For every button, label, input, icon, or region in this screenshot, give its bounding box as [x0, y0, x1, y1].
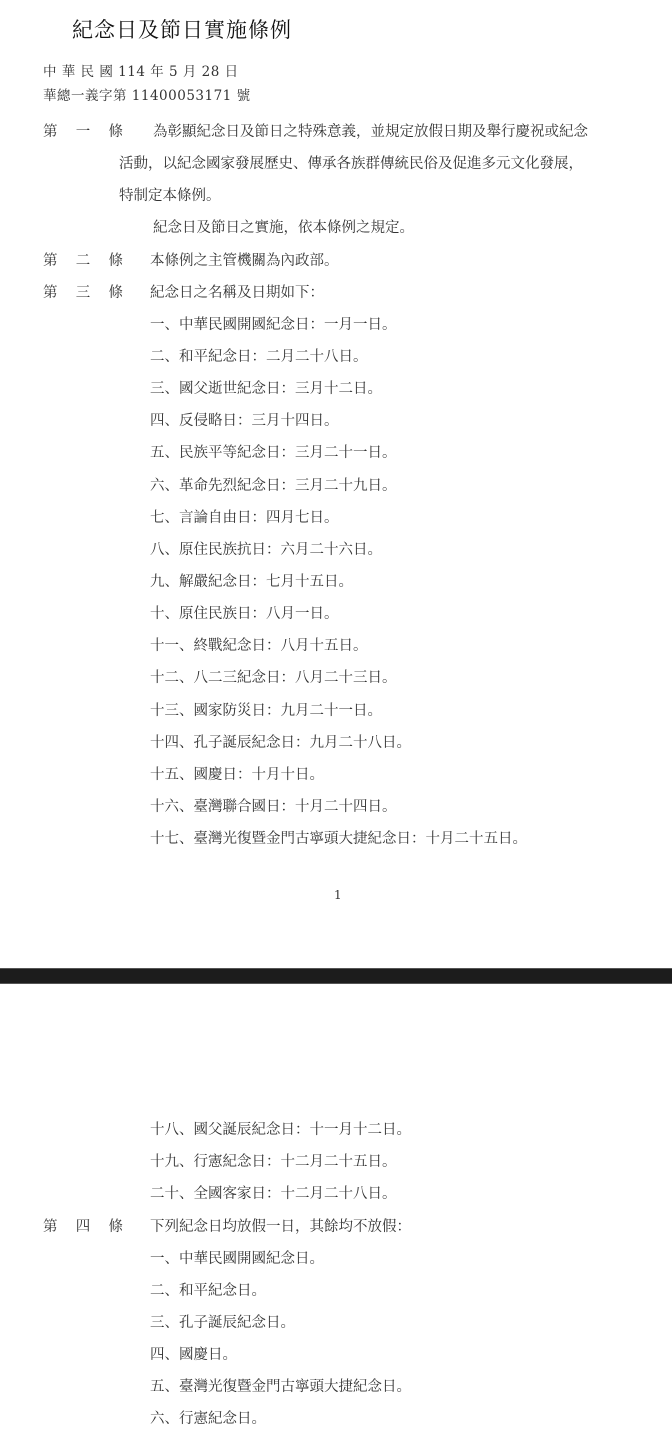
article-4-intro: 下列紀念日均放假一日，其餘均不放假：	[150, 1215, 411, 1236]
list-item: 十三、國家防災日：九月二十一日。	[150, 699, 382, 720]
list-item: 七、言論自由日：四月七日。	[150, 506, 339, 527]
document-title: 紀念日及節日實施條例	[72, 14, 292, 44]
promulgation-date: 中 華 民 國 114 年 5 月 28 日	[43, 60, 239, 80]
list-item: 六、行憲紀念日。	[150, 1407, 266, 1428]
article-2-label: 第 二 條	[43, 249, 123, 270]
article-4-label: 第 四 條	[43, 1215, 123, 1236]
list-item: 二、和平紀念日。	[150, 1279, 266, 1300]
list-item: 三、國父逝世紀念日：三月十二日。	[150, 377, 382, 398]
list-item: 三、孔子誕辰紀念日。	[150, 1311, 295, 1332]
article-label-char: 條	[109, 281, 124, 302]
list-item: 一、中華民國開國紀念日。	[150, 1247, 324, 1268]
list-item: 二、和平紀念日：二月二十八日。	[150, 345, 368, 366]
list-item: 五、臺灣光復暨金門古寧頭大捷紀念日。	[150, 1375, 411, 1396]
article-2-text: 本條例之主管機關為內政部。	[150, 249, 339, 270]
article-1-label: 第 一 條	[43, 120, 123, 141]
list-item: 十七、臺灣光復暨金門古寧頭大捷紀念日：十月二十五日。	[150, 827, 527, 848]
list-item: 四、反侵略日：三月十四日。	[150, 409, 339, 430]
article-1-paragraph-2: 紀念日及節日之實施，依本條例之規定。	[153, 216, 414, 237]
document-number: 華總一義字第 11400053171 號	[43, 84, 251, 104]
article-label-char: 二	[76, 249, 91, 270]
article-label-char: 第	[43, 1215, 58, 1236]
list-item: 二十、全國客家日：十二月二十八日。	[150, 1182, 397, 1203]
article-label-char: 第	[43, 249, 58, 270]
article-3-label: 第 三 條	[43, 281, 123, 302]
list-item: 十六、臺灣聯合國日：十月二十四日。	[150, 795, 397, 816]
list-item: 九、解嚴紀念日：七月十五日。	[150, 570, 353, 591]
article-label-char: 第	[43, 281, 58, 302]
article-1-line: 為彰顯紀念日及節日之特殊意義，並規定放假日期及舉行慶祝或紀念	[153, 120, 588, 141]
list-item: 五、民族平等紀念日：三月二十一日。	[150, 441, 397, 462]
list-item: 十八、國父誕辰紀念日：十一月十二日。	[150, 1118, 411, 1139]
article-1-line: 活動，以紀念國家發展歷史、傳承各族群傳統民俗及促進多元文化發展，	[119, 152, 583, 173]
list-item: 八、原住民族抗日：六月二十六日。	[150, 538, 382, 559]
article-label-char: 條	[109, 249, 124, 270]
list-item: 十二、八二三紀念日：八月二十三日。	[150, 666, 397, 687]
article-label-char: 條	[109, 120, 124, 141]
list-item: 十、原住民族日：八月一日。	[150, 602, 339, 623]
article-label-char: 三	[76, 281, 91, 302]
article-label-char: 第	[43, 120, 58, 141]
list-item: 十一、終戰紀念日：八月十五日。	[150, 634, 368, 655]
article-label-char: 條	[109, 1215, 124, 1236]
list-item: 一、中華民國開國紀念日：一月一日。	[150, 313, 397, 334]
article-label-char: 四	[76, 1215, 91, 1236]
article-3-intro: 紀念日之名稱及日期如下：	[150, 281, 324, 302]
list-item: 十四、孔子誕辰紀念日：九月二十八日。	[150, 731, 411, 752]
list-item: 四、國慶日。	[150, 1343, 237, 1364]
list-item: 十九、行憲紀念日：十二月二十五日。	[150, 1150, 397, 1171]
page-number: 1	[334, 888, 342, 902]
page-separator	[0, 968, 672, 984]
list-item: 十五、國慶日：十月十日。	[150, 763, 324, 784]
list-item: 六、革命先烈紀念日：三月二十九日。	[150, 474, 397, 495]
article-1-line: 特制定本條例。	[119, 184, 221, 205]
article-label-char: 一	[76, 120, 91, 141]
